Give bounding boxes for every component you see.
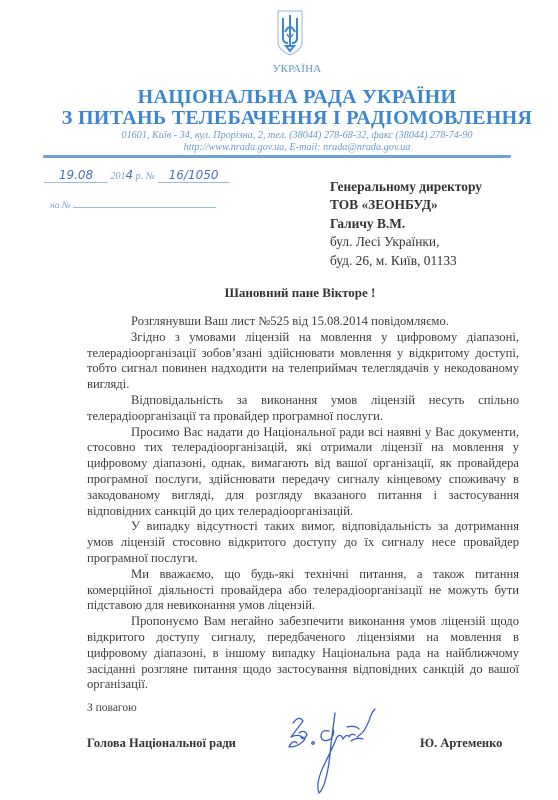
registration-line: 19.08 2014 р. № 16/1050	[44, 168, 230, 183]
year-prefix: 201	[111, 171, 126, 182]
year-label: р.	[136, 171, 144, 182]
recipient-street: бул. Лесі Українки,	[330, 233, 482, 251]
recipient-position: Генеральному директору	[330, 178, 482, 196]
body-paragraph: Просимо Вас надати до Національної ради …	[87, 425, 519, 520]
recipient-block: Генеральному директору ТОВ «ЗЕОНБУД» Гал…	[330, 178, 482, 270]
body-paragraph: У випадку відсутності таких вимог, відпо…	[87, 519, 519, 566]
salutation: Шановний пане Вікторе !	[0, 285, 558, 301]
body-paragraph: Ми вважаємо, що будь-які технічні питанн…	[87, 567, 519, 614]
body-paragraph: Розглянувши Ваш лист №525 від 15.08.2014…	[87, 314, 519, 330]
reference-label: на №	[50, 201, 71, 211]
closing-phrase: З повагою	[87, 702, 137, 714]
trident-coat-of-arms-icon	[277, 10, 303, 56]
body-paragraph: Згідно з умовами ліцензій на мовлення у …	[87, 330, 519, 393]
reference-field	[73, 197, 216, 208]
body-paragraph: Відповідальність за виконання умов ліцен…	[87, 393, 519, 425]
recipient-name: Галичу В.М.	[330, 215, 482, 233]
date-value: 19.08	[59, 168, 93, 182]
date-field: 19.08	[44, 168, 108, 183]
organization-contacts: http://www.nrada.gov.ua, E-mail: nrada@n…	[0, 142, 558, 153]
number-value: 16/1050	[169, 168, 219, 182]
signatory-name: Ю. Артеменко	[420, 736, 502, 751]
organization-address: 01601, Київ - 34, вул. Прорізна, 2, тел.…	[0, 130, 558, 141]
recipient-city: буд. 26, м. Київ, 01133	[330, 252, 482, 270]
year-suffix: 4	[126, 168, 134, 182]
letterhead-divider	[43, 155, 511, 158]
handwritten-signature-icon	[285, 703, 385, 798]
number-field: 16/1050	[158, 168, 230, 183]
body-paragraph: Пропонуємо Вам негайно забезпечити викон…	[87, 614, 519, 693]
organization-name-line2: З ПИТАНЬ ТЕЛЕБАЧЕННЯ І РАДІОМОВЛЕННЯ	[0, 107, 558, 130]
reference-line: на №	[50, 197, 216, 211]
recipient-company: ТОВ «ЗЕОНБУД»	[330, 196, 482, 214]
signatory-title: Голова Національної ради	[87, 736, 236, 751]
country-label: УКРАЇНА	[0, 63, 558, 75]
letter-body: Розглянувши Ваш лист №525 від 15.08.2014…	[87, 309, 519, 693]
organization-name-line1: НАЦІОНАЛЬНА РАДА УКРАЇНИ	[0, 86, 558, 109]
number-label: №	[146, 171, 155, 182]
